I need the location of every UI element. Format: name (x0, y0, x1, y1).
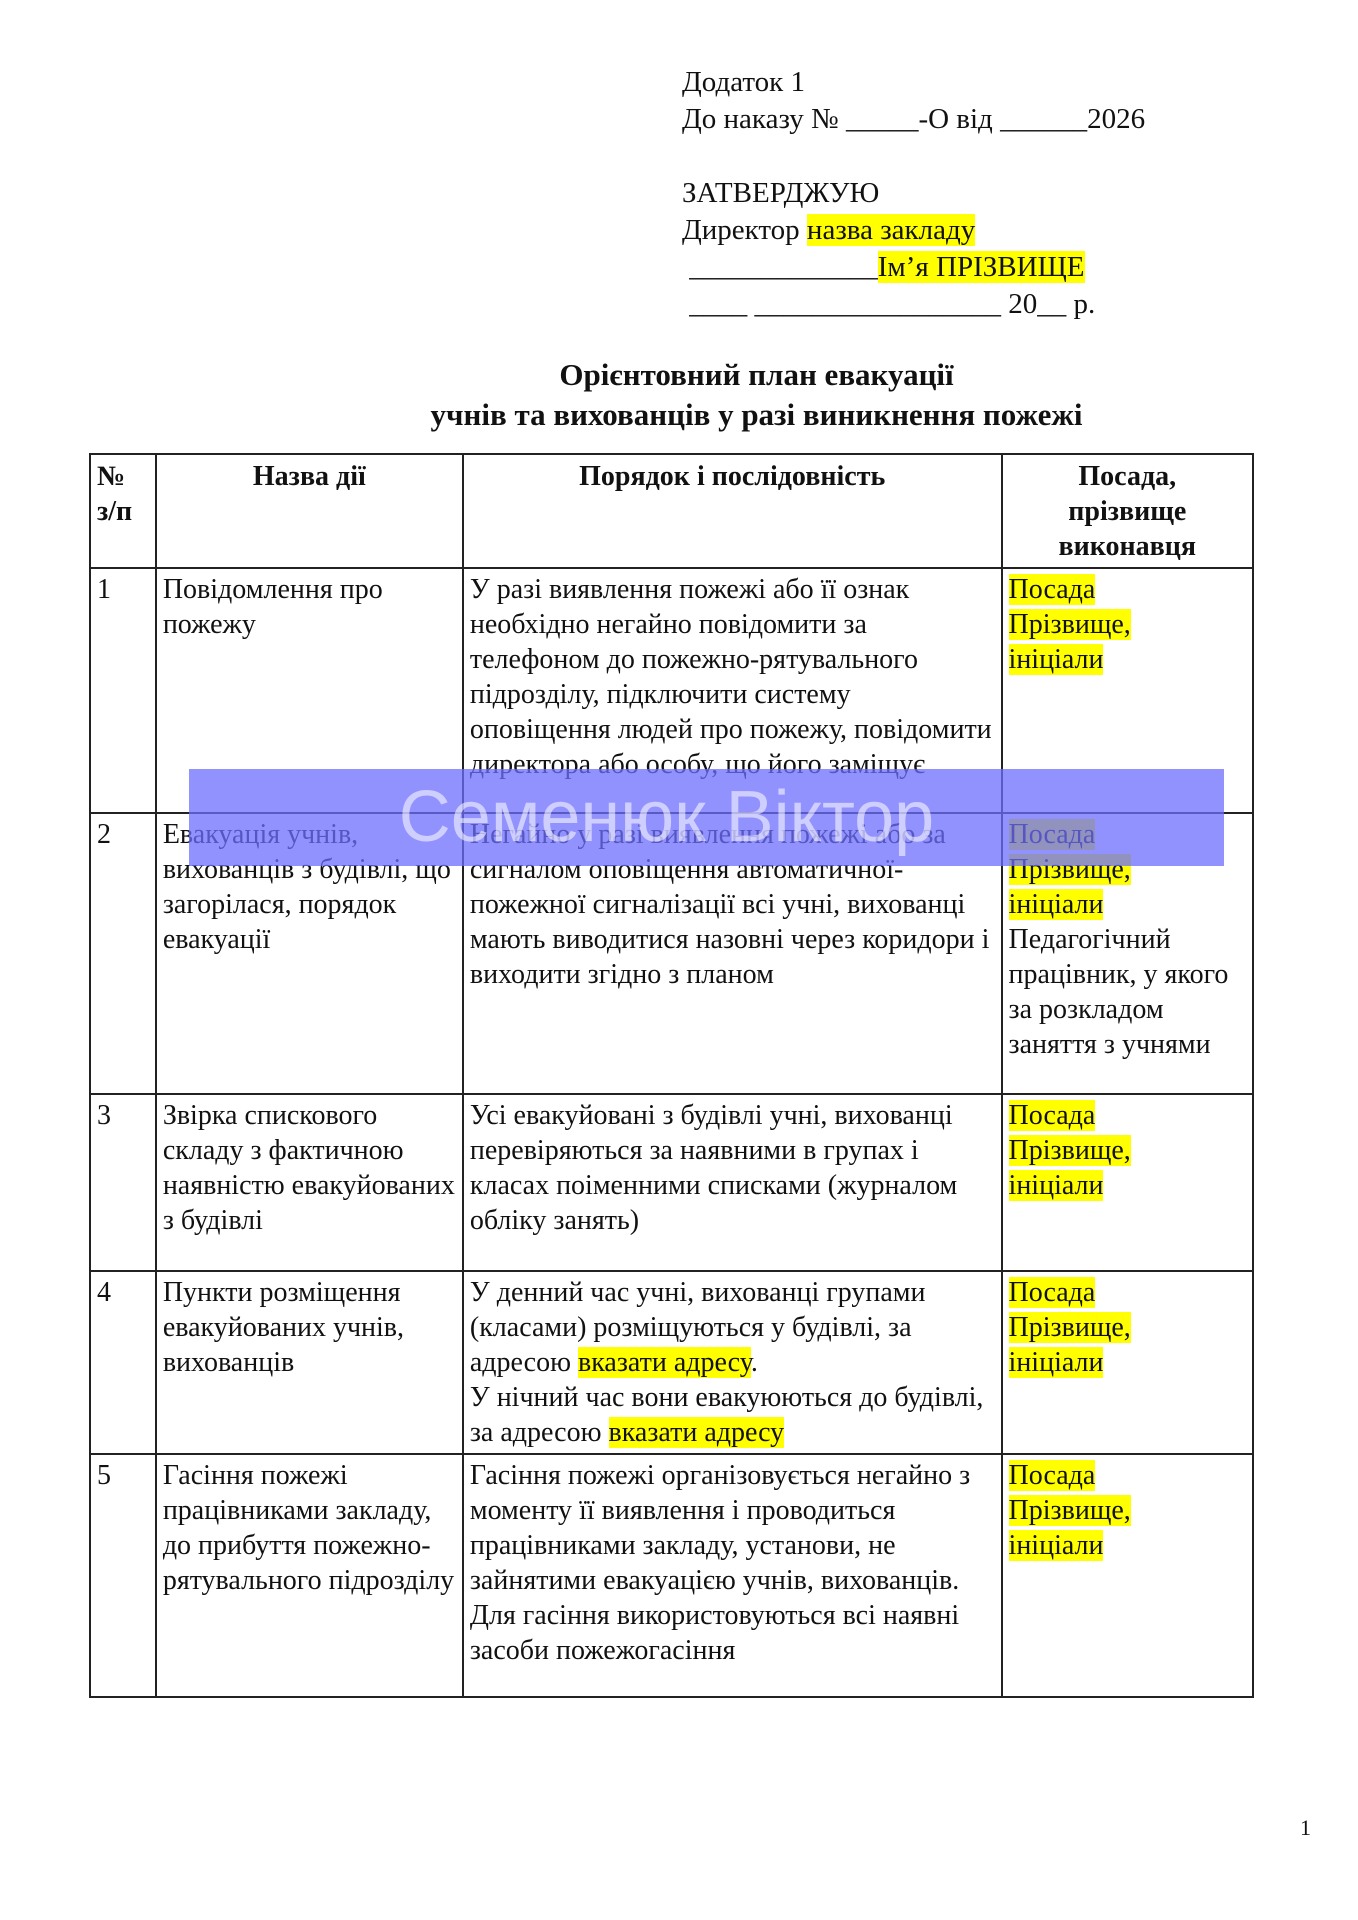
header-order: Порядок і послідовність (463, 454, 1002, 568)
surname-placeholder: Прізвище, (1009, 854, 1131, 885)
director-name-placeholder: Ім’я ПРІЗВИЩЕ (878, 251, 1085, 283)
row-responsible: Посада Прізвище, ініціали (1002, 1271, 1253, 1454)
surname-placeholder: Прізвище, (1009, 1312, 1131, 1343)
row-number: 3 (90, 1094, 156, 1271)
title-line-1: Орієнтовний план евакуації (0, 355, 1358, 395)
header-action: Назва дії (156, 454, 463, 568)
table-header-row: № з/п Назва дії Порядок і послідовність … (90, 454, 1253, 568)
position-placeholder: Посада (1009, 574, 1096, 605)
table-row: 1 Повідомлення про пожежу У разі виявлен… (90, 568, 1253, 813)
position-placeholder: Посада (1009, 1460, 1096, 1491)
row-responsible: Посада Прізвище, ініціали Педагогічний п… (1002, 813, 1253, 1094)
row-order: У разі виявлення пожежі або її ознак нео… (463, 568, 1002, 813)
header-responsible: Посада, прізвище виконавця (1002, 454, 1253, 568)
approval-header: Додаток 1 До наказу № _____-О від ______… (682, 64, 1145, 323)
table-row: 3 Звірка спискового складу з фактичною н… (90, 1094, 1253, 1271)
director-line: Директор назва закладу (682, 212, 1145, 249)
row-action: Пункти розміщення евакуйованих учнів, ви… (156, 1271, 463, 1454)
page-number: 1 (1300, 1815, 1311, 1841)
approve-label: ЗАТВЕРДЖУЮ (682, 175, 1145, 212)
row-action: Повідомлення про пожежу (156, 568, 463, 813)
row-order: Гасіння пожежі організовується негайно з… (463, 1454, 1002, 1697)
order-reference: До наказу № _____-О від ______2026 (682, 101, 1145, 138)
address-placeholder-day: вказати адресу (578, 1347, 751, 1378)
row-number: 4 (90, 1271, 156, 1454)
position-placeholder: Посада (1009, 819, 1096, 850)
table-row: 4 Пункти розміщення евакуйованих учнів, … (90, 1271, 1253, 1454)
initials-placeholder: ініціали (1009, 889, 1104, 920)
row-order: Негайно у разі виявлення пожежі або за с… (463, 813, 1002, 1094)
initials-placeholder: ініціали (1009, 1347, 1104, 1378)
header-number: № з/п (90, 454, 156, 568)
row-responsible: Посада Прізвище, ініціали (1002, 1094, 1253, 1271)
row-number: 1 (90, 568, 156, 813)
surname-placeholder: Прізвище, (1009, 609, 1131, 640)
row-number: 5 (90, 1454, 156, 1697)
position-placeholder: Посада (1009, 1277, 1096, 1308)
row-number: 2 (90, 813, 156, 1094)
position-placeholder: Посада (1009, 1100, 1096, 1131)
row-action: Евакуація учнів, вихованців з будівлі, щ… (156, 813, 463, 1094)
initials-placeholder: ініціали (1009, 1170, 1104, 1201)
document-title: Орієнтовний план евакуації учнів та вихо… (0, 355, 1358, 435)
signature-blank: _____________ (682, 251, 878, 283)
table-row: 2 Евакуація учнів, вихованців з будівлі,… (90, 813, 1253, 1094)
address-placeholder-night: вказати адресу (609, 1417, 785, 1448)
initials-placeholder: ініціали (1009, 1530, 1104, 1561)
surname-placeholder: Прізвище, (1009, 1135, 1131, 1166)
row-responsible: Посада Прізвище, ініціали (1002, 1454, 1253, 1697)
row-action: Звірка спискового складу з фактичною ная… (156, 1094, 463, 1271)
signature-line: _____________Ім’я ПРІЗВИЩЕ (682, 249, 1145, 286)
initials-placeholder: ініціали (1009, 644, 1104, 675)
row-action: Гасіння пожежі працівниками закладу, до … (156, 1454, 463, 1697)
director-prefix: Директор (682, 214, 807, 246)
institution-placeholder: назва закладу (807, 214, 975, 246)
date-line: ____ _________________ 20__ р. (682, 286, 1145, 323)
row-order: Усі евакуйовані з будівлі учні, вихованц… (463, 1094, 1002, 1271)
evacuation-plan-table: № з/п Назва дії Порядок і послідовність … (89, 453, 1254, 1698)
responsible-teacher: Педагогічний працівник, у якого за розкл… (1009, 924, 1229, 1060)
table-row: 5 Гасіння пожежі працівниками закладу, д… (90, 1454, 1253, 1697)
title-line-2: учнів та вихованців у разі виникнення по… (0, 395, 1358, 435)
row-responsible: Посада Прізвище, ініціали (1002, 568, 1253, 813)
appendix-label: Додаток 1 (682, 64, 1145, 101)
row-order: У денний час учні, вихованці групами (кл… (463, 1271, 1002, 1454)
surname-placeholder: Прізвище, (1009, 1495, 1131, 1526)
